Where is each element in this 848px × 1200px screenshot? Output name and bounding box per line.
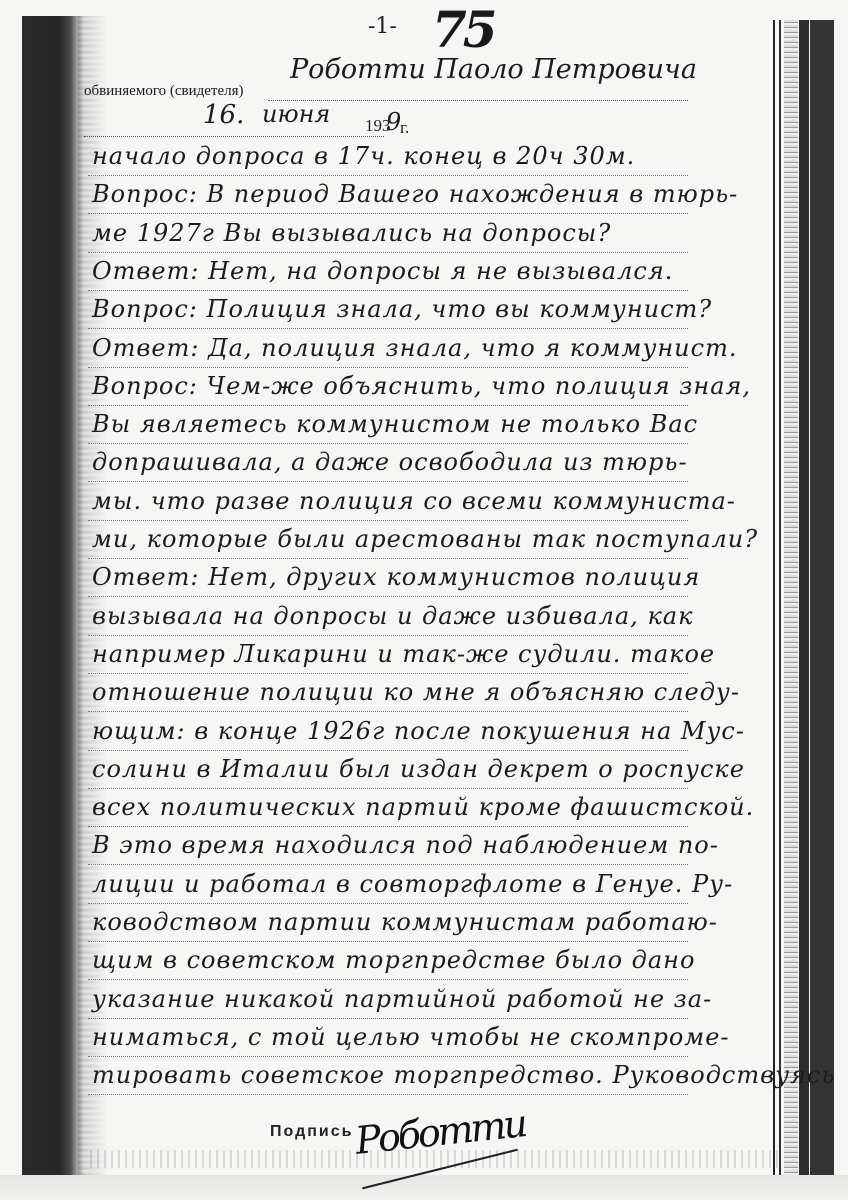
ruled-line — [88, 711, 688, 712]
handwritten-line: В это время находился под наблюдением по… — [92, 831, 719, 859]
handwritten-line: Ответ: Да, полиция знала, что я коммунис… — [92, 334, 737, 362]
handwritten-line: отношение полиции ко мне я объясняю след… — [92, 678, 740, 706]
ruled-line — [88, 635, 688, 636]
ruled-line — [88, 673, 688, 674]
binding-edge-dark — [799, 20, 809, 1175]
handwritten-line: солини в Италии был издан декрет о роспу… — [92, 755, 745, 783]
handwritten-line: ми, которые были арестованы так поступал… — [92, 525, 758, 553]
handwritten-line: Вы являетесь коммунистом не только Вас — [92, 410, 698, 438]
ruled-line — [88, 979, 688, 980]
ruled-line — [88, 175, 688, 176]
handwritten-line: ководством партии коммунистам работаю- — [92, 908, 718, 936]
handwritten-line: Ответ: Нет, на допросы я не вызывался. — [92, 257, 673, 285]
ruled-line — [88, 864, 688, 865]
scan-shadow-left — [22, 16, 84, 1176]
scanned-document-page: -1- 75 обвиняемого (свидетеля) Роботти П… — [0, 0, 848, 1200]
folio-number: 75 — [432, 0, 494, 59]
handwritten-line: вызывала на допросы и даже избивала, как — [92, 602, 693, 630]
handwritten-line: ме 1927г Вы вызывались на допросы? — [92, 219, 611, 247]
handwritten-line: Вопрос: Полиция знала, что вы коммунист? — [92, 295, 712, 323]
handwritten-line: Ответ: Нет, других коммунистов полиция — [92, 563, 700, 591]
name-dotted-line — [268, 100, 688, 101]
ruled-line — [88, 367, 688, 368]
handwritten-line: допрашивала, а даже освободила из тюрь- — [92, 448, 688, 476]
date-year-handwritten: 9 — [386, 108, 401, 136]
ruled-line — [88, 826, 688, 827]
ruled-line — [88, 520, 688, 521]
ruled-line — [88, 941, 688, 942]
handwritten-line: мы. что разве полиция со всеми коммунист… — [92, 487, 736, 515]
signature-label: Подпись — [270, 1123, 353, 1141]
ruled-line — [88, 328, 688, 329]
ruled-line — [88, 750, 688, 751]
ruled-line — [88, 443, 688, 444]
ruled-line — [88, 596, 688, 597]
page-number: -1- — [368, 14, 397, 39]
ruled-line — [88, 558, 688, 559]
binding-edge-line — [773, 20, 775, 1175]
handwritten-line: ниматься, с той целью чтобы не скомпроме… — [92, 1023, 730, 1051]
handwritten-line: Вопрос: В период Вашего нахождения в тюр… — [92, 180, 738, 208]
ruled-line — [88, 252, 688, 253]
ruled-line — [88, 405, 688, 406]
handwritten-line: указание никакой партийной работой не за… — [92, 985, 712, 1013]
binding-edge-dark — [810, 20, 834, 1175]
ruled-line — [88, 903, 688, 904]
binding-edge-line — [779, 20, 781, 1175]
accused-name: Роботти Паоло Петровича — [290, 54, 697, 85]
handwritten-line: тировать советское торгпредство. Руковод… — [92, 1061, 835, 1089]
handwritten-line: например Ликарини и так-же судили. такое — [92, 640, 715, 668]
ruled-line — [88, 788, 688, 789]
date-year-suffix: г. — [400, 118, 409, 138]
scan-shadow-bottom — [0, 1175, 848, 1200]
handwritten-line: Вопрос: Чем-же объяснить, что полиция зн… — [92, 372, 751, 400]
handwritten-line: всех политических партий кроме фашистско… — [92, 793, 754, 821]
accused-label: обвиняемого (свидетеля) — [84, 83, 244, 100]
ruled-line — [88, 1018, 688, 1019]
handwritten-line: ющим: в конце 1926г после покушения на М… — [92, 717, 745, 745]
ruled-line — [88, 213, 688, 214]
handwritten-line: начало допроса в 17ч. конец в 20ч 30м. — [92, 142, 635, 170]
ruled-line — [88, 481, 688, 482]
handwritten-line: щим в советском торгпредстве было дано — [92, 946, 695, 974]
handwritten-line: лиции и работал в совторгфлоте в Генуе. … — [92, 870, 733, 898]
date-day: 16. — [203, 100, 244, 130]
ruled-line — [88, 290, 688, 291]
ruled-line — [88, 1056, 688, 1057]
date-dotted-line — [84, 136, 384, 137]
binding-edge-texture — [784, 20, 798, 1175]
ruled-line — [88, 1094, 688, 1095]
date-month: июня — [262, 100, 330, 128]
